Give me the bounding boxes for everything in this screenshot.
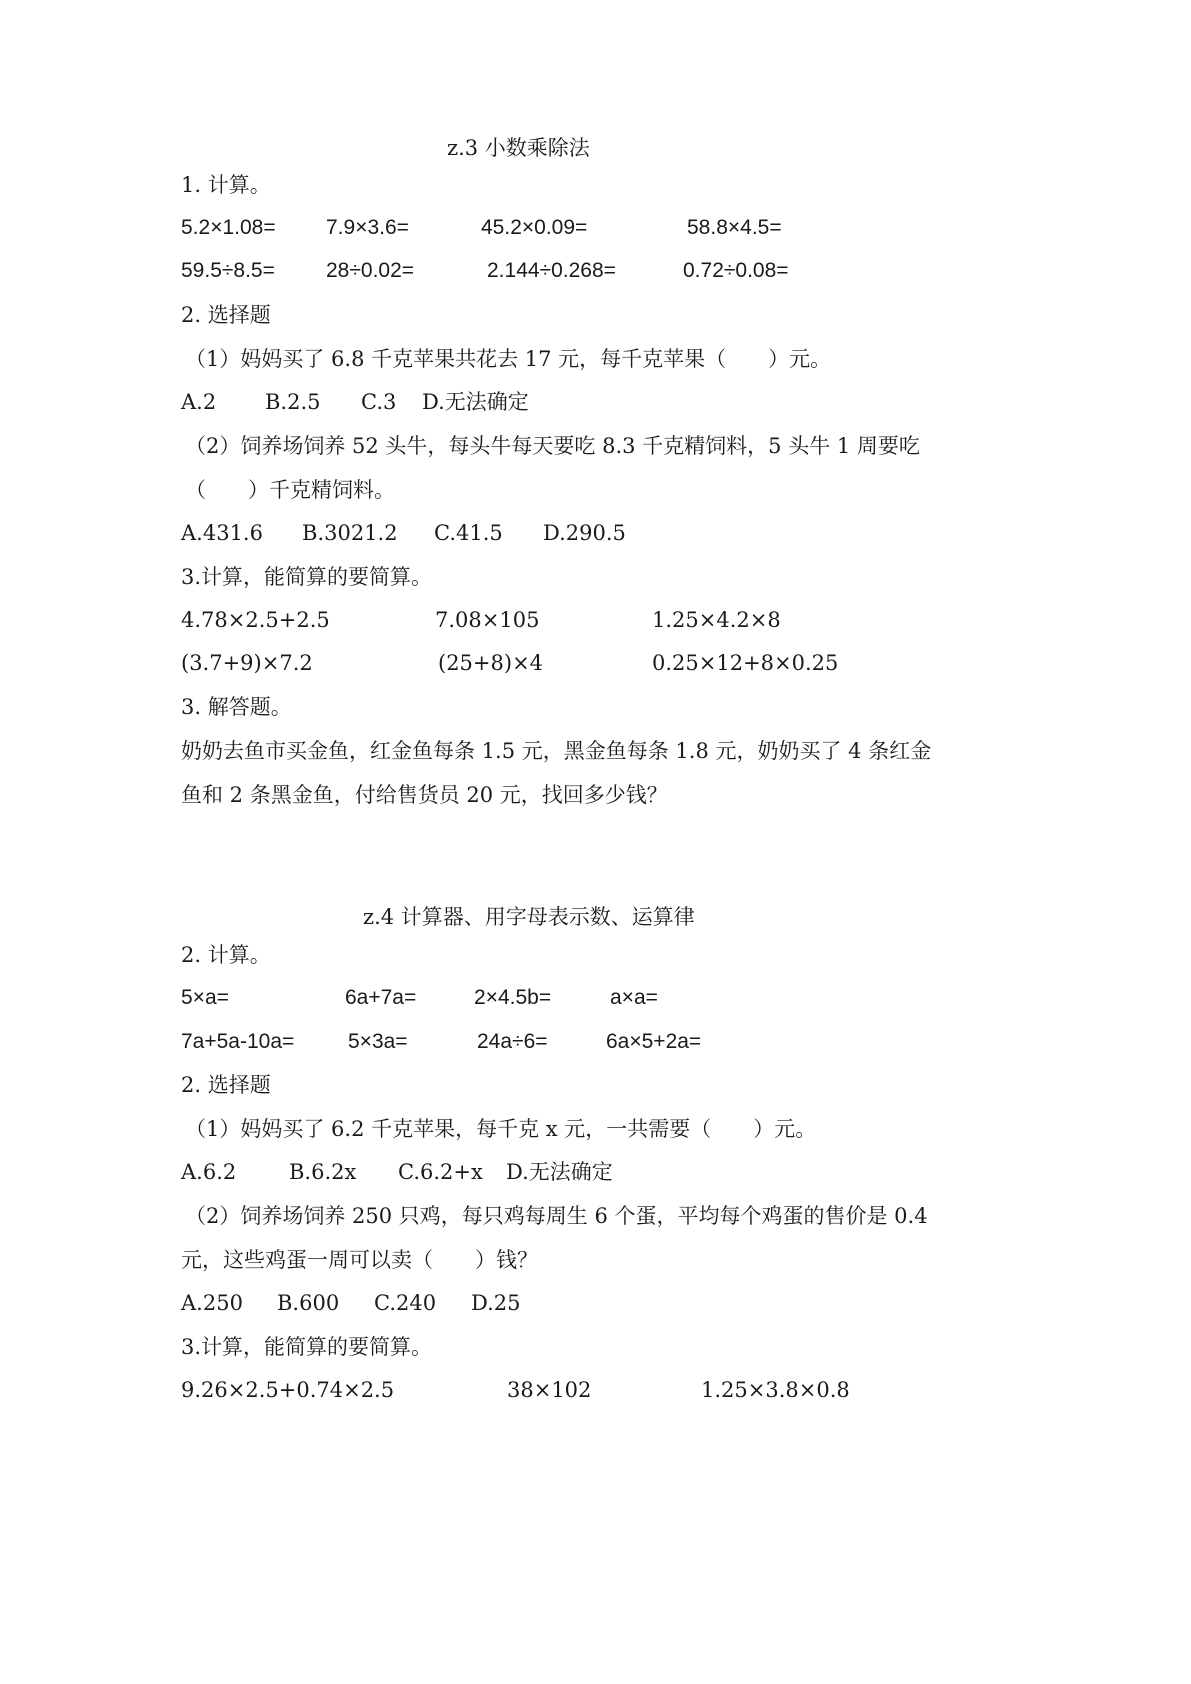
section-title: z.4 计算器、用字母表示数、运算律 (363, 903, 695, 931)
calc-item: 0.25×12+8×0.25 (652, 649, 838, 677)
calc-item: 45.2×0.09= (481, 214, 587, 242)
calc-item: 7.08×105 (435, 606, 539, 634)
calc-item: (3.7+9)×7.2 (181, 649, 313, 677)
option-b: B.3021.2 (302, 519, 398, 547)
calc-row: 5.2×1.08= 7.9×3.6= 45.2×0.09= 58.8×4.5= (181, 214, 1181, 242)
calc-item: 5×3a= (348, 1028, 408, 1056)
question-heading: 3. 解答题。 (181, 693, 292, 721)
option-c: C.41.5 (434, 519, 503, 547)
calc-item: 5×a= (181, 984, 229, 1012)
choice-options: A.250 B.600 C.240 D.25 (181, 1289, 1181, 1317)
calc-item: 2.144÷0.268= (487, 257, 616, 285)
word-problem-cont: 鱼和 2 条黑金鱼，付给售货员 20 元，找回多少钱？ (181, 781, 668, 809)
calc-item: 58.8×4.5= (687, 214, 782, 242)
option-a: A.2 (181, 388, 216, 416)
option-b: B.600 (277, 1289, 339, 1317)
option-c: C.240 (374, 1289, 436, 1317)
option-d: D.无法确定 (506, 1158, 613, 1186)
option-c: C.3 (361, 388, 396, 416)
choice-question-cont: （ ）千克精饲料。 (185, 476, 395, 504)
calc-item: a×a= (610, 984, 658, 1012)
choice-question-cont: 元，这些鸡蛋一周可以卖（ ）钱？ (181, 1246, 538, 1274)
question-heading: 1. 计算。 (181, 171, 271, 199)
option-d: D.290.5 (543, 519, 626, 547)
calc-item: (25+8)×4 (438, 649, 543, 677)
calc-item: 4.78×2.5+2.5 (181, 606, 330, 634)
calc-item: 7a+5a-10a= (181, 1028, 294, 1056)
calc-item: 59.5÷8.5= (181, 257, 275, 285)
choice-options: A.2 B.2.5 C.3 D.无法确定 (181, 388, 1181, 416)
calc-item: 6a×5+2a= (606, 1028, 701, 1056)
option-a: A.431.6 (181, 519, 263, 547)
calc-item: 5.2×1.08= (181, 214, 276, 242)
calc-item: 1.25×3.8×0.8 (701, 1376, 850, 1404)
word-problem: 奶奶去鱼市买金鱼，红金鱼每条 1.5 元，黑金鱼每条 1.8 元，奶奶买了 4 … (181, 737, 931, 765)
calc-row: 7a+5a-10a= 5×3a= 24a÷6= 6a×5+2a= (181, 1028, 1181, 1056)
option-d: D.25 (471, 1289, 521, 1317)
calc-item: 2×4.5b= (474, 984, 551, 1012)
calc-row: 4.78×2.5+2.5 7.08×105 1.25×4.2×8 (181, 606, 1181, 634)
calc-item: 1.25×4.2×8 (652, 606, 781, 634)
question-heading: 2. 选择题 (181, 1071, 271, 1099)
option-a: A.6.2 (181, 1158, 236, 1186)
option-b: B.6.2x (289, 1158, 356, 1186)
question-heading: 3.计算，能简算的要简算。 (181, 563, 432, 591)
calc-item: 28÷0.02= (326, 257, 414, 285)
calc-item: 38×102 (507, 1376, 591, 1404)
calc-item: 0.72÷0.08= (683, 257, 789, 285)
choice-question: （2）饲养场饲养 52 头牛，每头牛每天要吃 8.3 千克精饲料，5 头牛 1 … (185, 432, 920, 460)
choice-question: （2）饲养场饲养 250 只鸡，每只鸡每周生 6 个蛋，平均每个鸡蛋的售价是 0… (185, 1202, 928, 1230)
question-heading: 3.计算，能简算的要简算。 (181, 1333, 432, 1361)
option-b: B.2.5 (265, 388, 321, 416)
question-heading: 2. 计算。 (181, 941, 271, 969)
calc-item: 6a+7a= (345, 984, 416, 1012)
calc-item: 9.26×2.5+0.74×2.5 (181, 1376, 394, 1404)
option-c: C.6.2+x (398, 1158, 483, 1186)
calc-row: 59.5÷8.5= 28÷0.02= 2.144÷0.268= 0.72÷0.0… (181, 257, 1181, 285)
section-title: z.3 小数乘除法 (447, 134, 590, 162)
choice-options: A.6.2 B.6.2x C.6.2+x D.无法确定 (181, 1158, 1181, 1186)
calc-item: 24a÷6= (477, 1028, 548, 1056)
option-a: A.250 (181, 1289, 243, 1317)
calc-row: 5×a= 6a+7a= 2×4.5b= a×a= (181, 984, 1181, 1012)
choice-question: （1）妈妈买了 6.2 千克苹果，每千克 x 元，一共需要（ ）元。 (185, 1115, 816, 1143)
option-d: D.无法确定 (422, 388, 529, 416)
choice-options: A.431.6 B.3021.2 C.41.5 D.290.5 (181, 519, 1181, 547)
calc-row: (3.7+9)×7.2 (25+8)×4 0.25×12+8×0.25 (181, 649, 1181, 677)
calc-item: 7.9×3.6= (326, 214, 409, 242)
choice-question: （1）妈妈买了 6.8 千克苹果共花去 17 元，每千克苹果（ ）元。 (185, 345, 831, 373)
calc-row: 9.26×2.5+0.74×2.5 38×102 1.25×3.8×0.8 (181, 1376, 1181, 1404)
question-heading: 2. 选择题 (181, 301, 271, 329)
